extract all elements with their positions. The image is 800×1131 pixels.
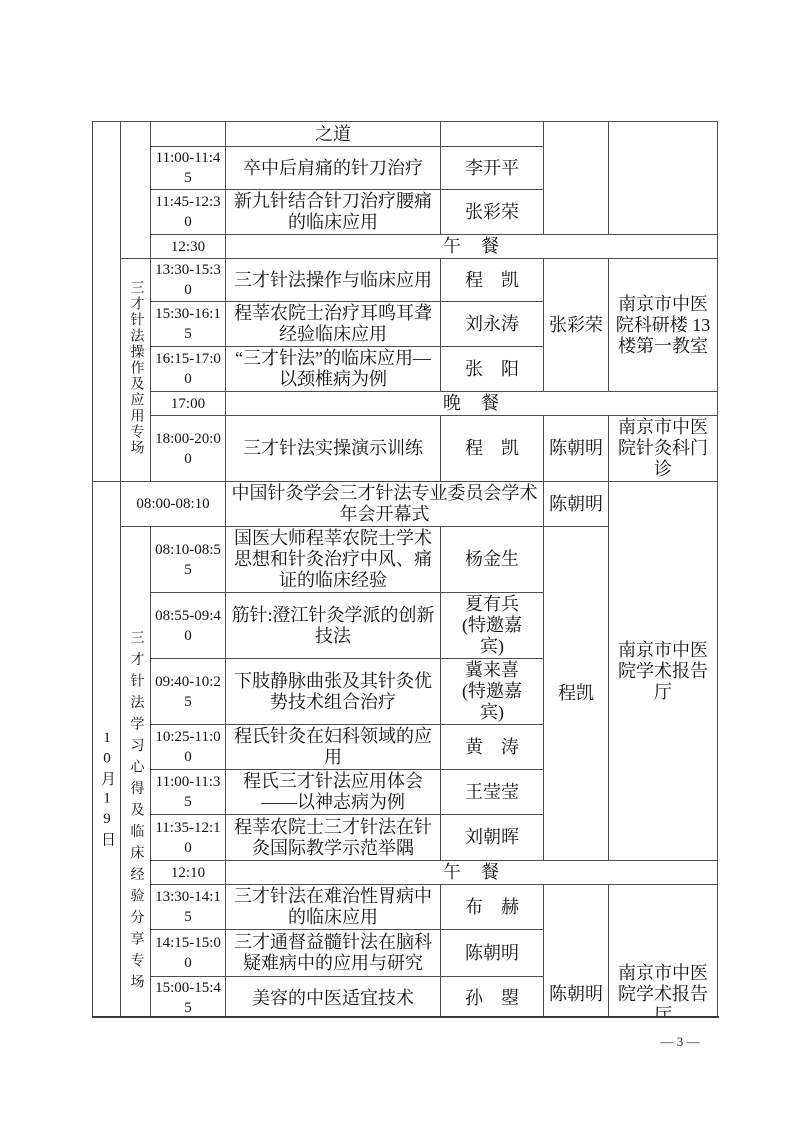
session-title-cell: 美容的中医适宜技术 [226,977,441,1019]
table-row: 三才针法操作及应用专场 13:30-15:30 三才针法操作与临床应用 程 凯 … [93,259,718,302]
table-row: 18:00-20:00 三才针法实操演示训练 程 凯 陈朝明 南京市中医院针灸科… [93,416,718,482]
speaker-cell: 陈朝明 [441,930,544,977]
session-title-cell: 国医大师程莘农院士学术思想和针灸治疗中风、痛证的临床经验 [226,527,441,593]
speaker-cell: 程 凯 [441,259,544,302]
time-cell: 17:00 [151,392,226,416]
section-cell-operation: 三才针法操作及应用专场 [121,259,151,482]
time-cell: 12:10 [151,861,226,885]
section-label: 三才针法操作及应用专场 [129,280,143,456]
date-label: 10月19日 [99,730,114,851]
moderator-cell: 陈朝明 [544,416,609,482]
speaker-cell: 布 赫 [441,885,544,930]
time-cell: 08:10-08:55 [151,527,226,593]
time-cell: 08:00-08:10 [121,482,226,527]
section-cell-carryover [121,122,151,259]
session-title-cell: 筋针:澄江针灸学派的创新技法 [226,593,441,659]
speaker-cell: 夏有兵(特邀嘉宾) [441,593,544,659]
session-title-cell: 之道 [226,122,441,147]
speaker-cell: 杨金生 [441,527,544,593]
session-title-cell: 三才针法操作与临床应用 [226,259,441,302]
speaker-cell: 张 阳 [441,347,544,392]
time-cell: 13:30-14:15 [151,885,226,930]
schedule-table-clipped-region: 之道 11:00-11:45 卒中后肩痛的针刀治疗 李开平 11:45-12:3… [92,121,719,1018]
date-cell-carryover [93,122,121,482]
speaker-cell: 冀来喜(特邀嘉宾) [441,659,544,725]
session-title-cell: 三才通督益髓针法在脑科疑难病中的应用与研究 [226,930,441,977]
speaker-cell: 王莹莹 [441,770,544,815]
table-row: 之道 [93,122,718,147]
speaker-cell: 李开平 [441,147,544,190]
speaker-cell: 刘朝晖 [441,815,544,861]
time-cell: 13:30-15:30 [151,259,226,302]
time-cell: 15:00-15:45 [151,977,226,1019]
moderator-cell: 陈朝明 [544,885,609,1019]
section-cell-sharing: 三才针法学习心得及临床经验分享专场 [121,527,151,1019]
lunch-row: 12:10 午 餐 [93,861,718,885]
moderator-cell: 程凯 [544,527,609,861]
time-cell: 14:15-15:00 [151,930,226,977]
speaker-cell: 张彩荣 [441,190,544,235]
time-cell: 11:35-12:10 [151,815,226,861]
section-label: 三才针法学习心得及临床经验分享专场 [129,630,143,996]
lunch-label-cell: 午 餐 [226,861,718,885]
location-cell: 南京市中医院学术报告厅 [609,482,718,861]
time-cell: 11:45-12:30 [151,190,226,235]
moderator-cell: 张彩荣 [544,259,609,392]
session-title-cell: 下肢静脉曲张及其针灸优势技术组合治疗 [226,659,441,725]
moderator-cell: 陈朝明 [544,482,609,527]
time-cell: 12:30 [151,235,226,259]
session-title-cell: 卒中后肩痛的针刀治疗 [226,147,441,190]
dinner-label-cell: 晚 餐 [226,392,718,416]
date-cell: 10月19日 [93,482,121,1019]
session-title-cell: 新九针结合针刀治疗腰痛的临床应用 [226,190,441,235]
lunch-row: 12:30 午 餐 [93,235,718,259]
location-cell: 南京市中医院针灸科门诊 [609,416,718,482]
moderator-cell-carryover [544,122,609,235]
table-row: 13:30-14:15 三才针法在难治性胃病中的临床应用 布 赫 陈朝明 南京市… [93,885,718,930]
session-title-cell: 三才针法在难治性胃病中的临床应用 [226,885,441,930]
session-title-cell: 程氏三才针法应用体会——以神志病为例 [226,770,441,815]
dinner-row: 17:00 晚 餐 [93,392,718,416]
speaker-cell: 刘永涛 [441,302,544,347]
location-cell: 南京市中医院学术报告厅 [609,885,718,1019]
speaker-cell: 孙 曌 [441,977,544,1019]
time-cell: 09:40-10:25 [151,659,226,725]
time-cell [151,122,226,147]
session-title-cell: “三才针法”的临床应用—以颈椎病为例 [226,347,441,392]
time-cell: 11:00-11:45 [151,147,226,190]
session-title-cell: 中国针灸学会三才针法专业委员会学术年会开幕式 [226,482,544,527]
session-title-cell: 程莘农院士三才针法在针灸国际教学示范举隅 [226,815,441,861]
time-cell: 18:00-20:00 [151,416,226,482]
location-cell: 南京市中医院科研楼 13 楼第一教室 [609,259,718,392]
time-cell: 15:30-16:15 [151,302,226,347]
lunch-label-cell: 午 餐 [226,235,718,259]
session-title-cell: 程莘农院士治疗耳鸣耳聋经验临床应用 [226,302,441,347]
opening-row: 10月19日 08:00-08:10 中国针灸学会三才针法专业委员会学术年会开幕… [93,482,718,527]
session-title-cell: 程氏针灸在妇科领域的应用 [226,725,441,770]
speaker-cell [441,122,544,147]
time-cell: 11:00-11:35 [151,770,226,815]
time-cell: 08:55-09:40 [151,593,226,659]
speaker-cell: 程 凯 [441,416,544,482]
page-number: — 3 — [637,1034,723,1050]
time-cell: 10:25-11:00 [151,725,226,770]
location-cell-carryover [609,122,718,235]
conference-schedule-table: 之道 11:00-11:45 卒中后肩痛的针刀治疗 李开平 11:45-12:3… [92,121,718,1018]
time-cell: 16:15-17:00 [151,347,226,392]
speaker-cell: 黄 涛 [441,725,544,770]
session-title-cell: 三才针法实操演示训练 [226,416,441,482]
